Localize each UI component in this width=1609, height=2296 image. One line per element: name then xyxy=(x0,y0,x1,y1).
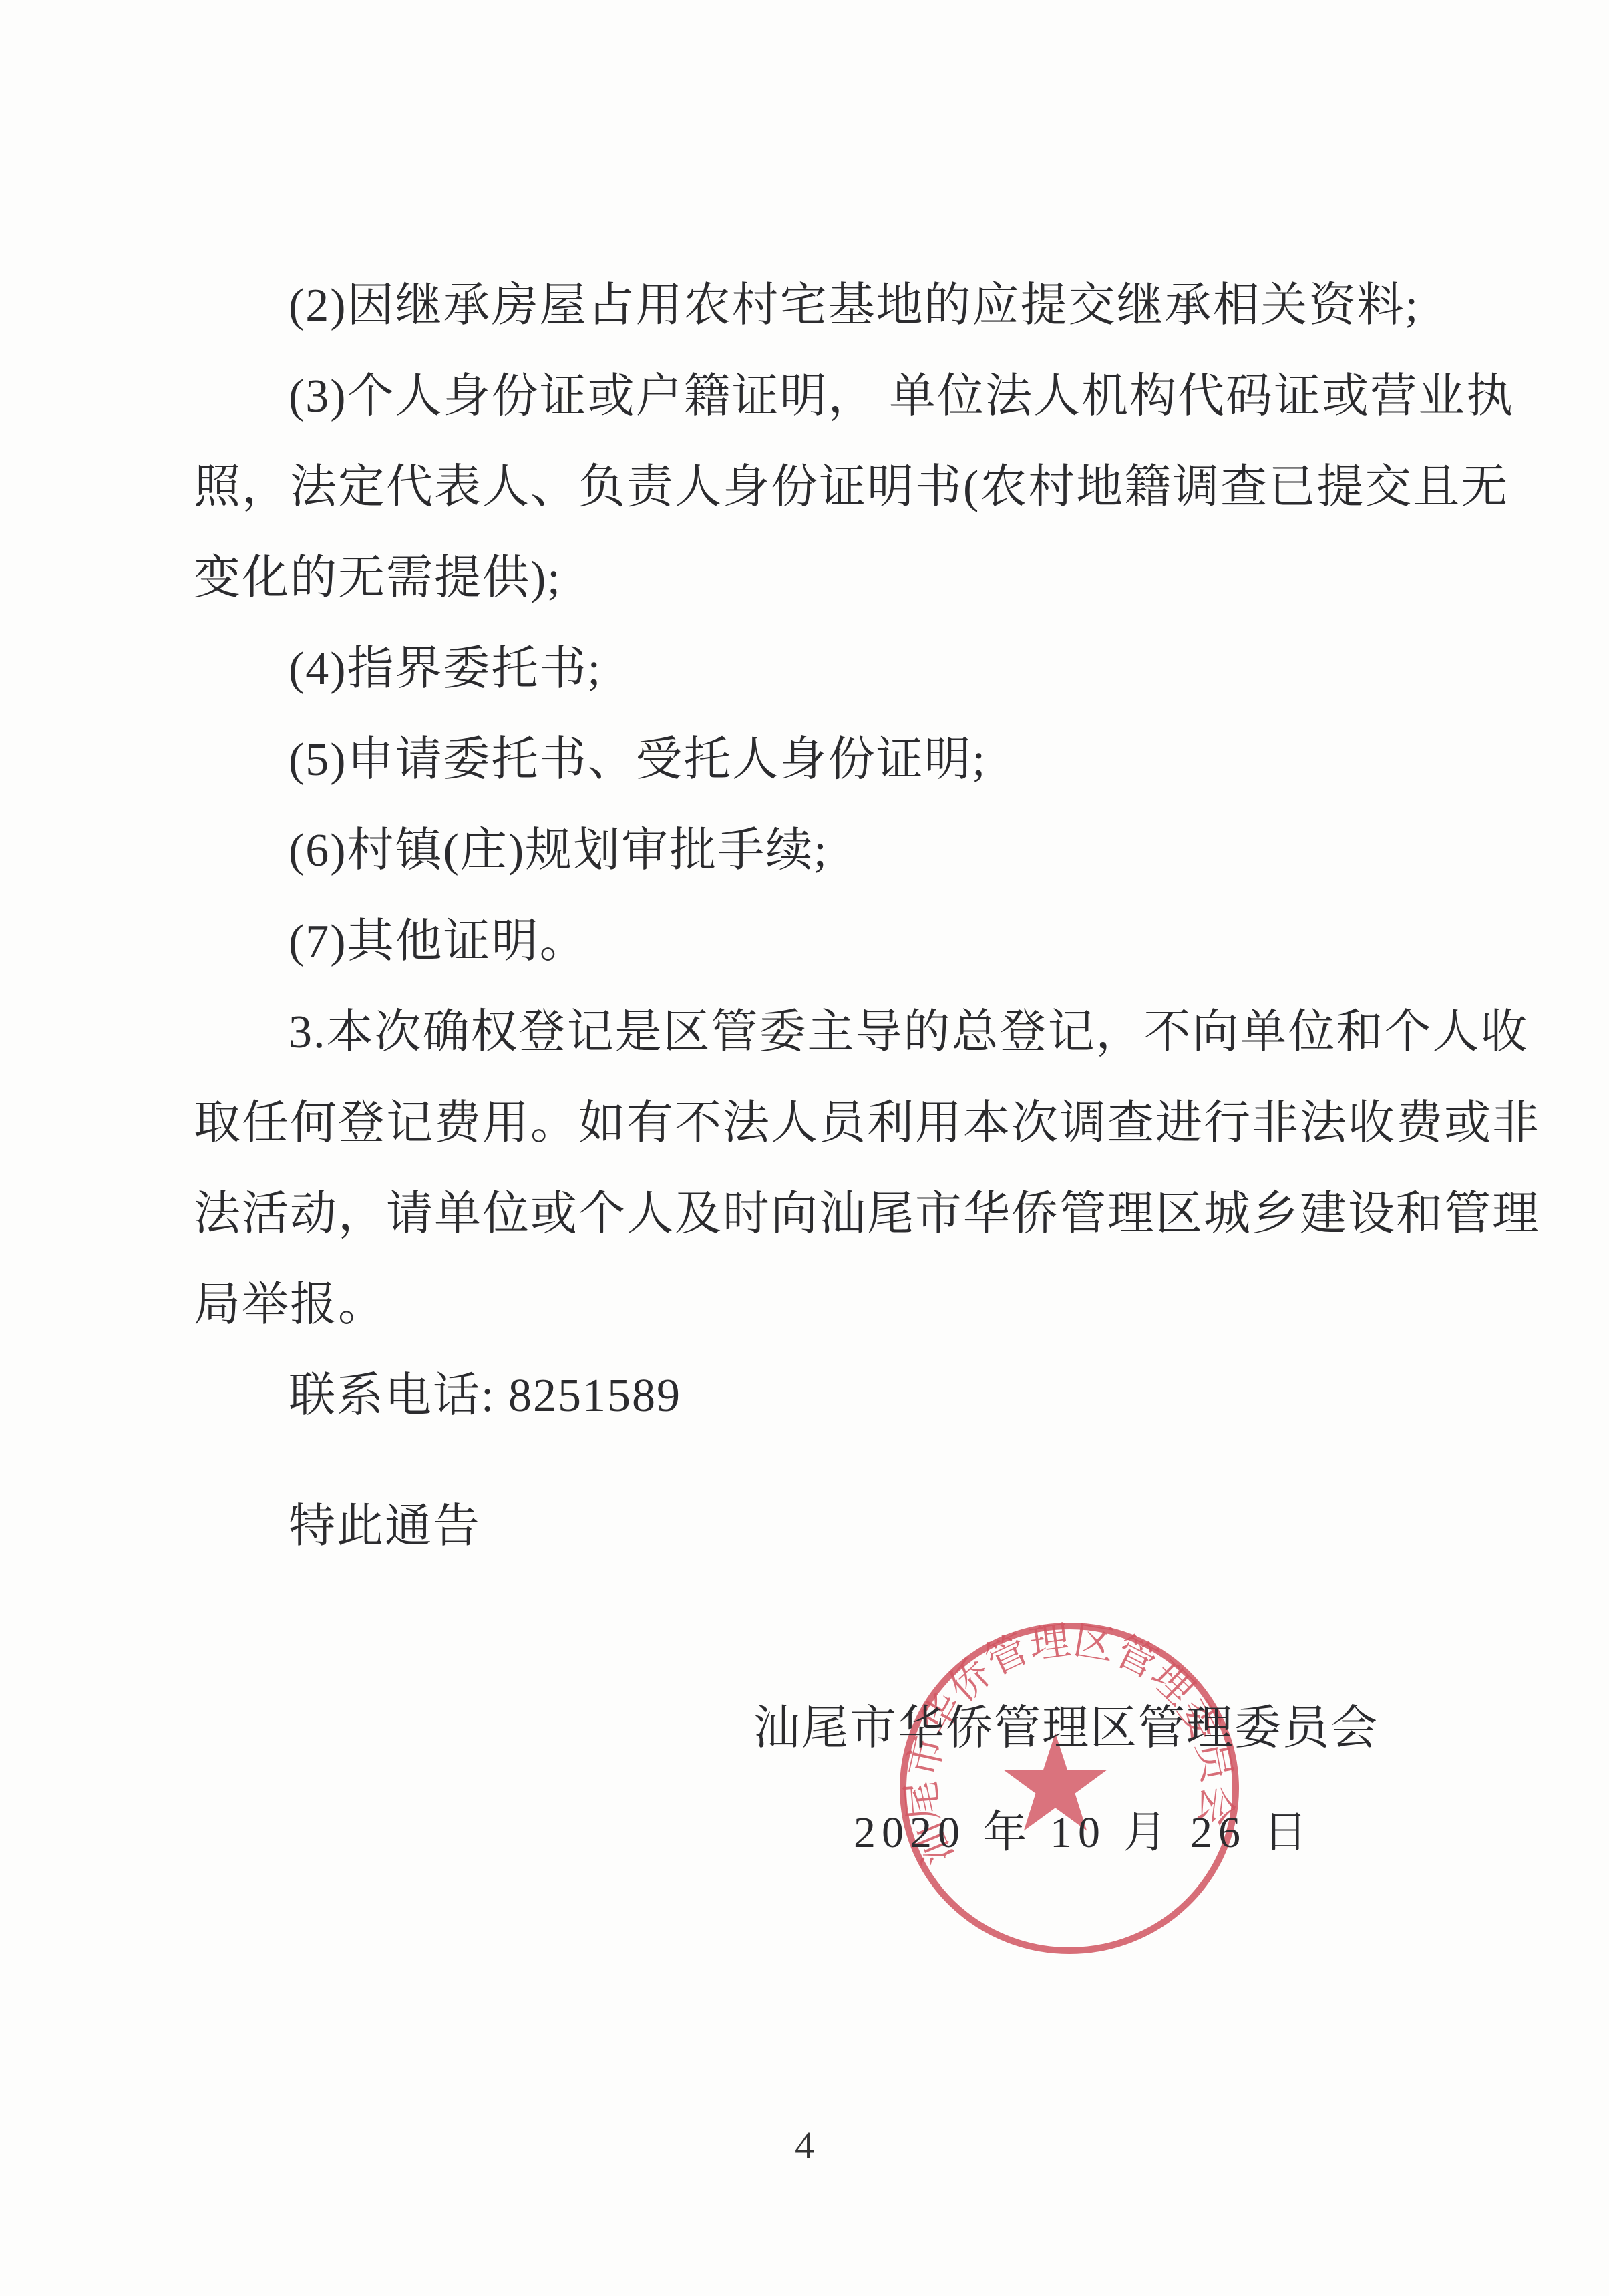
body-line: (5)申请委托书、受托人身份证明; xyxy=(194,715,1439,806)
body-line: (6)村镇(庄)规划审批手续; xyxy=(194,806,1439,896)
body-line: 法活动，请单位或个人及时向汕尾市华侨管理区城乡建设和管理 xyxy=(194,1169,1439,1260)
body-line: 照，法定代表人、负责人身份证明书(农村地籍调查已提交且无 xyxy=(194,442,1439,533)
contact-phone-line: 联系电话: 8251589 xyxy=(194,1351,1439,1442)
notice-body: (2)因继承房屋占用农村宅基地的应提交继承相关资料; (3)个人身份证或户籍证明… xyxy=(194,261,1439,1573)
body-line: 取任何登记费用。如有不法人员利用本次调查进行非法收费或非 xyxy=(194,1078,1439,1169)
body-line: (2)因继承房屋占用农村宅基地的应提交继承相关资料; xyxy=(194,261,1439,351)
issue-date: 2020 年 10 月 26 日 xyxy=(854,1808,1314,1858)
official-seal: 汕尾市华侨管理区管理委员会 xyxy=(897,1619,1242,1964)
document-page: (2)因继承房屋占用农村宅基地的应提交继承相关资料; (3)个人身份证或户籍证明… xyxy=(0,0,1609,2296)
body-line: 3.本次确权登记是区管委主导的总登记，不向单位和个人收 xyxy=(194,987,1439,1078)
body-line: 变化的无需提供); xyxy=(194,533,1439,624)
body-line: 局举报。 xyxy=(194,1260,1439,1351)
page-number: 4 xyxy=(0,2123,1609,2168)
issuer-signature: 汕尾市华侨管理区管理委员会 xyxy=(753,1702,1379,1756)
body-line: (4)指界委托书; xyxy=(194,624,1439,715)
body-line: (7)其他证明。 xyxy=(194,896,1439,987)
body-line: (3)个人身份证或户籍证明， 单位法人机构代码证或营业执 xyxy=(194,351,1439,442)
closing-line: 特此通告 xyxy=(194,1482,1439,1573)
